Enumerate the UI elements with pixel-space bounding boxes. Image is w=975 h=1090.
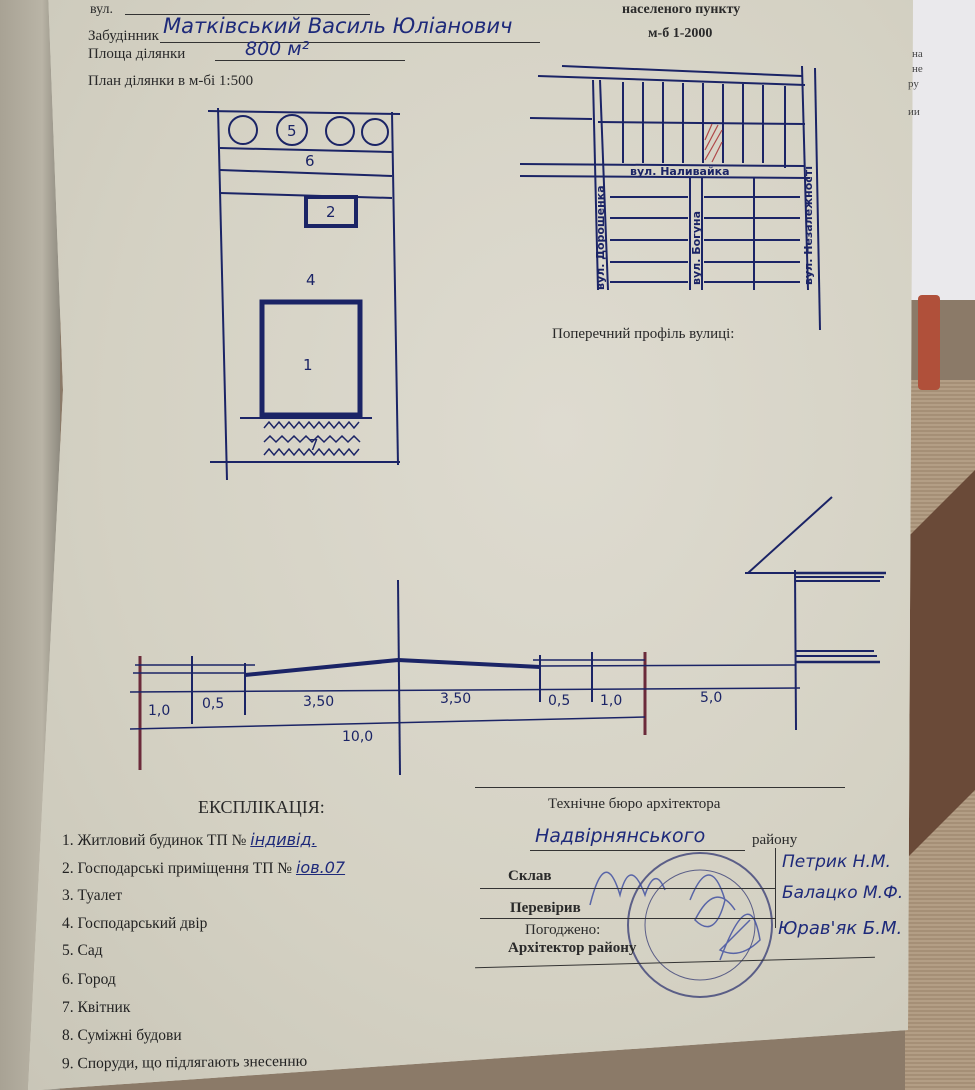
- svg-text:3,50: 3,50: [303, 694, 334, 710]
- svg-text:5,0: 5,0: [700, 690, 722, 706]
- explication-item-4: 4. Господарський двір: [62, 915, 207, 933]
- svg-text:вул. Дорошенка: вул. Дорошенка: [594, 185, 607, 290]
- street-labels: вул. Наливайка вул. Дорошенка вул. Богун…: [594, 165, 815, 290]
- svg-text:1,0: 1,0: [600, 693, 622, 709]
- checked-by: Балацко М.Ф.: [782, 883, 903, 903]
- svg-text:1,0: 1,0: [148, 703, 170, 719]
- svg-text:вул. Незалежності: вул. Незалежності: [802, 166, 815, 285]
- svg-text:7: 7: [309, 436, 319, 454]
- side-paper-text-3: ру: [908, 78, 919, 90]
- explication-item-2: 2. Господарські приміщення ТП № іов.07: [62, 858, 345, 878]
- explication-item-8: 8. Суміжні будови: [62, 1027, 182, 1045]
- explication-item-9: 9. Споруди, що підлягають знесенню: [62, 1053, 307, 1074]
- composed-label: Склав: [508, 868, 552, 885]
- svg-text:вул. Наливайка: вул. Наливайка: [630, 165, 730, 178]
- street-profile-drawing: [130, 497, 886, 775]
- bureau-label: Технічне бюро архітектора: [548, 796, 720, 813]
- side-paper-text-1: на: [912, 48, 923, 60]
- svg-text:2: 2: [326, 203, 336, 221]
- architect-name: Юрав'як Б.М.: [778, 918, 902, 939]
- checked-label: Перевірив: [510, 900, 581, 917]
- svg-text:1: 1: [303, 356, 313, 374]
- street-map-drawing: [520, 66, 820, 330]
- agreed-label: Погоджено:: [525, 922, 600, 939]
- svg-text:4: 4: [306, 271, 316, 289]
- checked-underline: [480, 918, 775, 919]
- district-underline: [530, 850, 745, 851]
- highlighted-plot: [705, 124, 722, 162]
- side-paper-text-4: ии: [908, 106, 920, 118]
- architect-label: Архітектор району: [508, 940, 636, 957]
- profile-title: Поперечний профіль вулиці:: [552, 326, 734, 343]
- svg-text:10,0: 10,0: [342, 729, 373, 745]
- signature-column-divider: [775, 848, 776, 928]
- explication-item-5: 5. Сад: [62, 942, 103, 960]
- site-plan-drawing: [208, 108, 400, 480]
- svg-text:вул. Богуна: вул. Богуна: [690, 211, 703, 285]
- svg-text:0,5: 0,5: [548, 693, 570, 709]
- district-name: Надвірнянського: [535, 825, 705, 847]
- composed-underline: [480, 888, 775, 889]
- svg-text:6: 6: [305, 152, 315, 170]
- explication-item-7: 7. Квітник: [62, 999, 130, 1017]
- explication-item-3: 3. Туалет: [62, 887, 122, 905]
- district-label: району: [752, 832, 797, 849]
- svg-text:0,5: 0,5: [202, 696, 224, 712]
- explication-item-6: 6. Город: [62, 971, 116, 989]
- side-paper-text-2: не: [912, 63, 923, 75]
- explication-title: ЕКСПЛІКАЦІЯ:: [198, 797, 325, 818]
- approval-top-rule: [475, 787, 845, 788]
- svg-text:3,50: 3,50: [440, 691, 471, 707]
- composed-by: Петрик Н.М.: [782, 852, 891, 872]
- explication-item-1: 1. Житловий будинок ТП № індивід.: [62, 830, 317, 850]
- svg-text:5: 5: [287, 122, 297, 140]
